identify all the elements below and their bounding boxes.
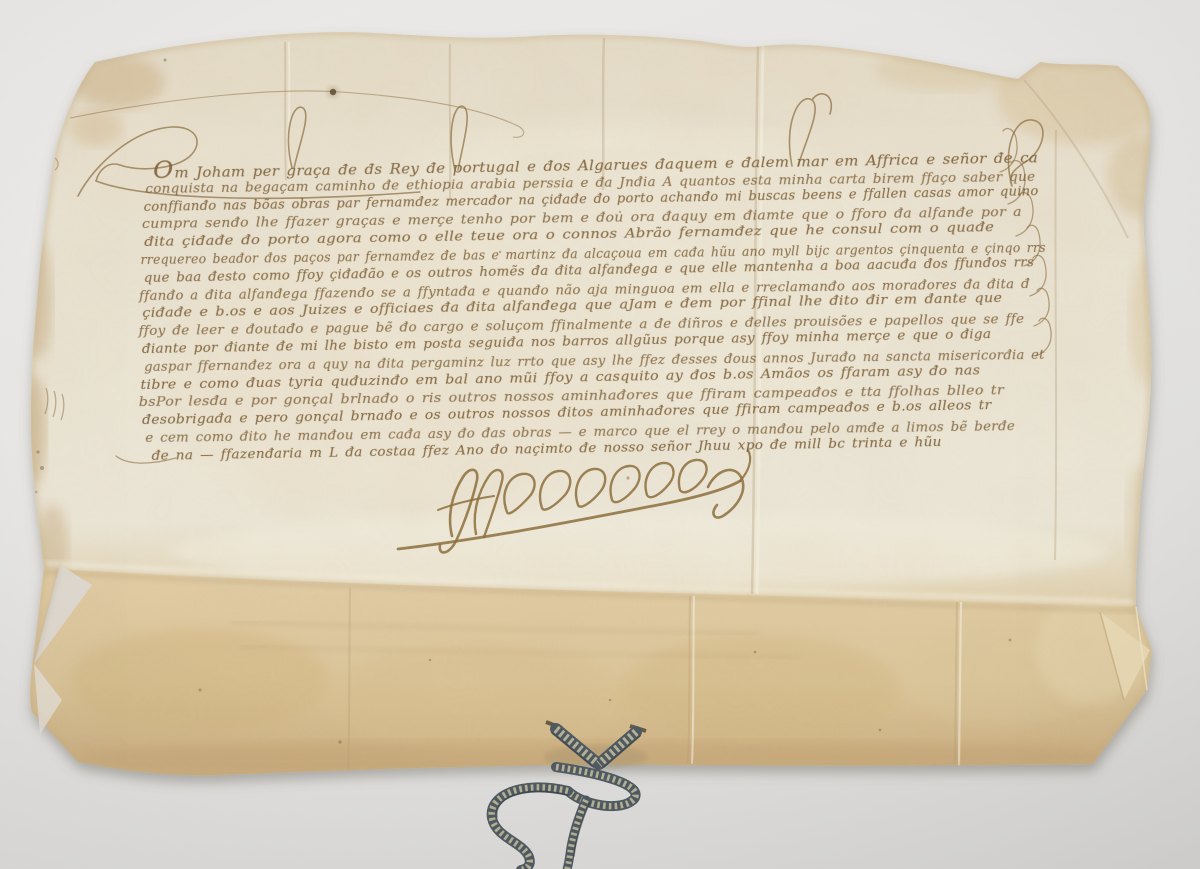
manuscript-text-block: Om Joham per graça đe đs Rey đe portugal…: [145, 148, 1090, 465]
photograph-of-parchment-charter: Om Joham per graça đe đs Rey đe portugal…: [0, 0, 1200, 869]
